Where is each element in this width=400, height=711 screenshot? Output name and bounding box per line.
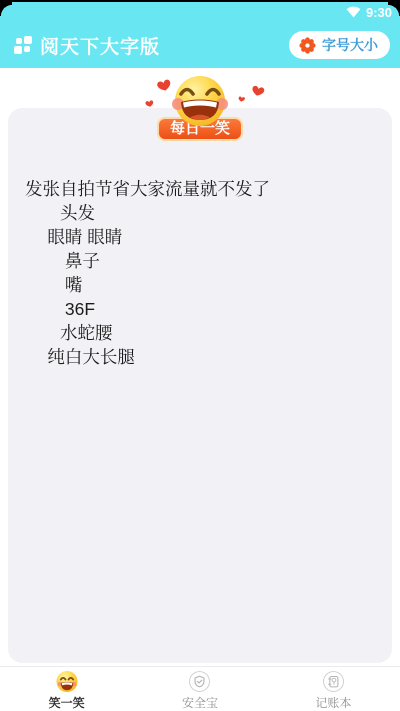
daily-joke-card: 每日一笑 发张自拍节省大家流量就不发了 头发 眼睛 眼睛 鼻子 嘴 36F 水蛇… [8, 108, 392, 663]
tab-safety[interactable]: 安全宝 [133, 667, 266, 711]
status-bar: 9:30 [0, 0, 400, 22]
joke-line: 眼睛 眼睛 [25, 225, 378, 249]
bottom-tab-bar: 笑一笑 安全宝 记账本 [0, 666, 400, 711]
device-corner-left [0, 0, 12, 16]
tab-safety-label: 安全宝 [182, 694, 218, 711]
tab-smile[interactable]: 笑一笑 [0, 667, 133, 711]
font-size-button-label: 字号大小 [322, 35, 378, 55]
joke-line: 发张自拍节省大家流量就不发了 [25, 177, 378, 201]
app-header: 阅天下大字版 字号大小 [0, 22, 400, 68]
wifi-icon [346, 6, 361, 18]
app-logo-grid-icon [14, 36, 32, 54]
joke-line: 36F [25, 297, 378, 321]
joke-line: 纯白大长腿 [25, 345, 378, 369]
shield-check-icon [186, 670, 213, 693]
font-size-button[interactable]: 字号大小 [289, 31, 390, 59]
tab-smile-label: 笑一笑 [49, 694, 85, 711]
tab-ledger[interactable]: 记账本 [267, 667, 400, 711]
tab-ledger-label: 记账本 [315, 694, 351, 711]
page-title: 阅天下大字版 [40, 32, 160, 59]
joke-line: 水蛇腰 [25, 321, 378, 345]
joke-line: 鼻子 [25, 249, 378, 273]
gear-icon [298, 36, 317, 55]
laughing-emoji-hearts-illustration [133, 70, 273, 128]
joke-line: 头发 [25, 201, 378, 225]
joke-line: 嘴 [25, 273, 378, 297]
app-screen: 9:30 阅天下大字版 字号大小 [0, 0, 400, 711]
smile-emoji-icon [55, 670, 79, 693]
ledger-notebook-icon [320, 670, 347, 693]
joke-text: 发张自拍节省大家流量就不发了 头发 眼睛 眼睛 鼻子 嘴 36F 水蛇腰 纯白大… [8, 108, 392, 369]
device-corner-right [388, 0, 400, 16]
device-top-edge [0, 0, 400, 2]
